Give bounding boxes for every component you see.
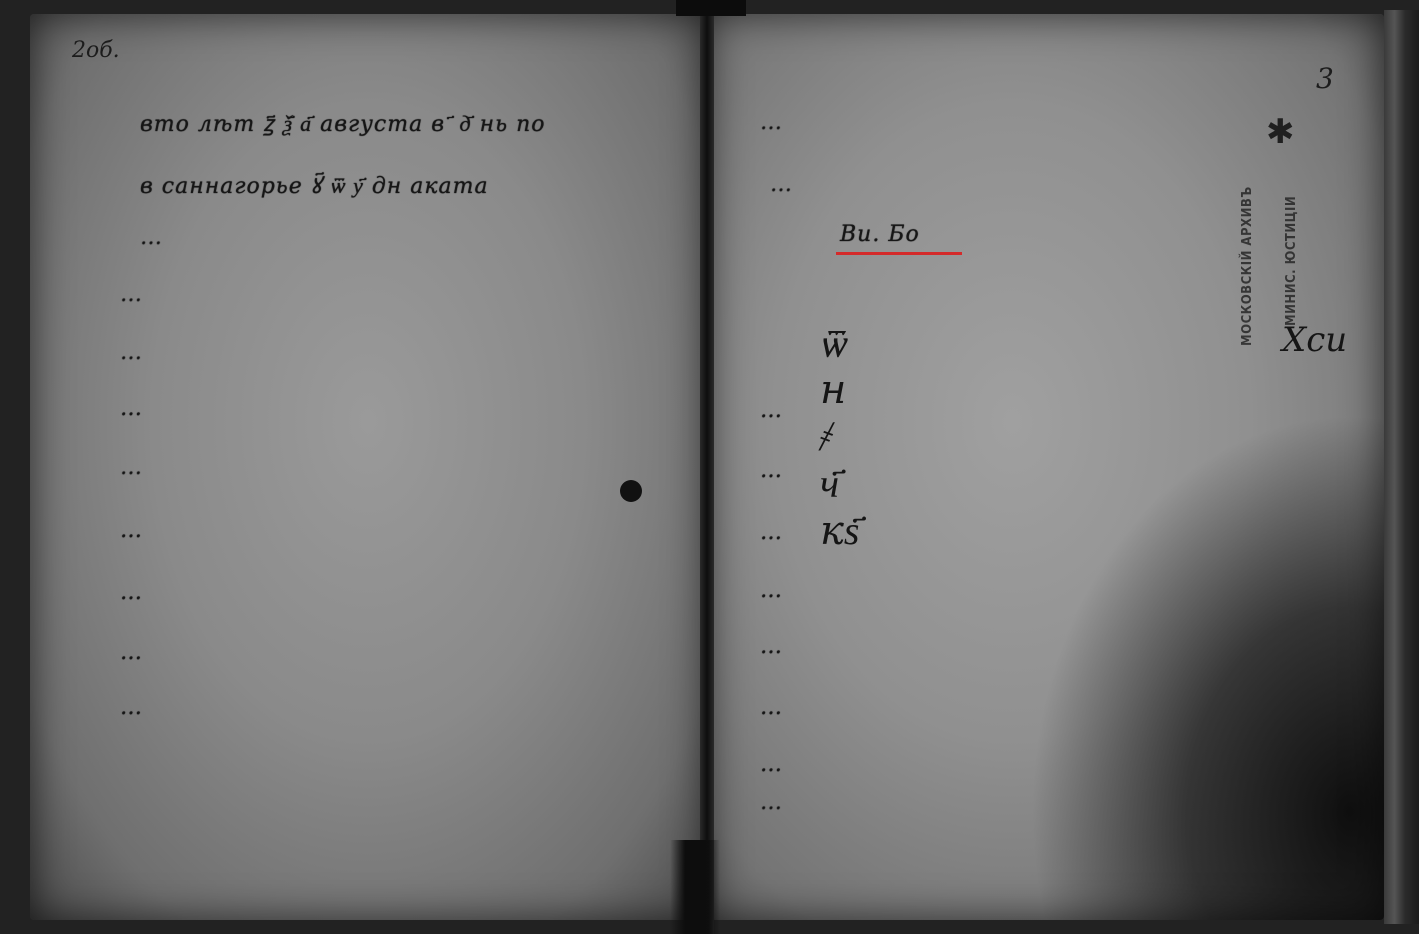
right-folio-number: 3 xyxy=(1316,62,1334,95)
section-heading: ѿ н ҂ ч҃ кѕ҃ xyxy=(820,320,859,554)
right-line: … xyxy=(760,578,783,603)
left-line: … xyxy=(140,225,163,250)
margin-note: Хси xyxy=(1282,320,1347,360)
right-line: … xyxy=(760,790,783,815)
stamp-line-1: МОСКОВСКІЙ АРХИВЪ xyxy=(1240,186,1255,346)
page-edge xyxy=(1384,10,1419,924)
right-line: … xyxy=(760,634,783,659)
binding-gutter xyxy=(700,0,714,934)
binding-shadow xyxy=(670,840,720,934)
left-folio-number: 2об. xyxy=(72,38,120,63)
left-line: … xyxy=(120,282,143,307)
left-line: … xyxy=(120,455,143,480)
left-line: … xyxy=(120,518,143,543)
underlined-text: Ви. Бо xyxy=(840,222,920,247)
left-line: в саннагорье ꙋ҃ ѿ у҃ дн аката xyxy=(140,170,489,200)
cross-mark-icon: ✱ xyxy=(1266,112,1295,152)
right-line: … xyxy=(760,398,783,423)
left-line: … xyxy=(120,396,143,421)
binding-clip xyxy=(676,0,746,16)
left-line: … xyxy=(120,640,143,665)
right-line: … xyxy=(760,752,783,777)
red-annotation-underline xyxy=(836,252,962,255)
stamp-line-2: МИНИС. ЮСТИЦІИ xyxy=(1284,196,1299,326)
manuscript-scan: 2об. 3 вто лѣт ꙁ҃ ѯ҃ а҃ августа в ҃ д҃ н… xyxy=(0,0,1419,934)
left-line: … xyxy=(120,695,143,720)
left-line: вто лѣт ꙁ҃ ѯ҃ а҃ августа в ҃ д҃ нь по xyxy=(140,108,546,138)
ink-blot xyxy=(620,480,642,502)
left-line: … xyxy=(120,580,143,605)
right-line: … xyxy=(760,458,783,483)
right-header-line: … xyxy=(770,172,793,197)
right-header-line: … xyxy=(760,110,783,135)
right-line: … xyxy=(760,695,783,720)
left-line: … xyxy=(120,340,143,365)
right-line: … xyxy=(760,520,783,545)
